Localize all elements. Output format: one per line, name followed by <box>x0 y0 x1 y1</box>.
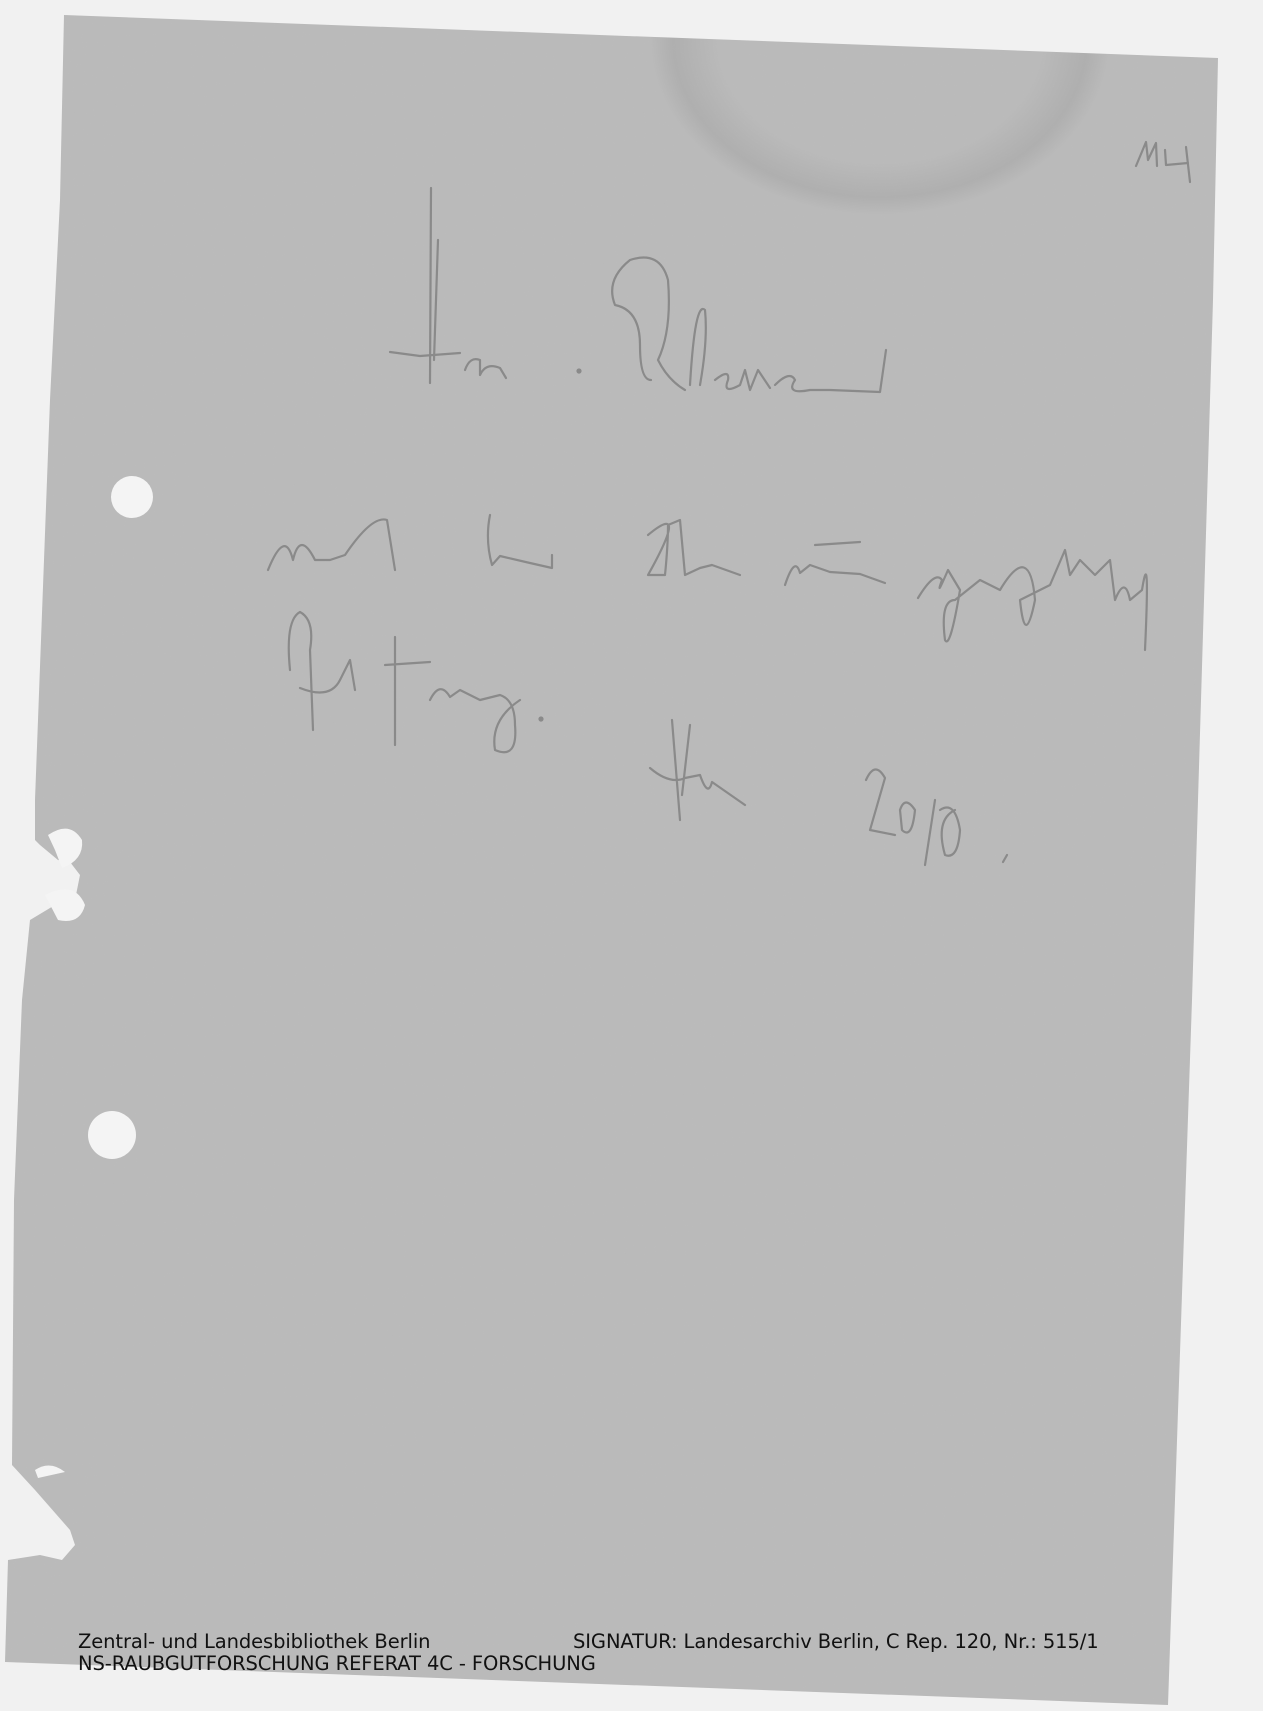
paper-sheet <box>0 0 1263 1711</box>
punch-hole <box>88 1111 136 1159</box>
scanned-page <box>0 0 1263 1711</box>
footer-signature: SIGNATUR: Landesarchiv Berlin, C Rep. 12… <box>573 1631 1099 1653</box>
footer-department: NS-RAUBGUTFORSCHUNG REFERAT 4C - FORSCHU… <box>78 1653 596 1675</box>
footer-institution: Zentral- und Landesbibliothek Berlin <box>78 1631 430 1653</box>
punch-hole <box>111 476 153 518</box>
